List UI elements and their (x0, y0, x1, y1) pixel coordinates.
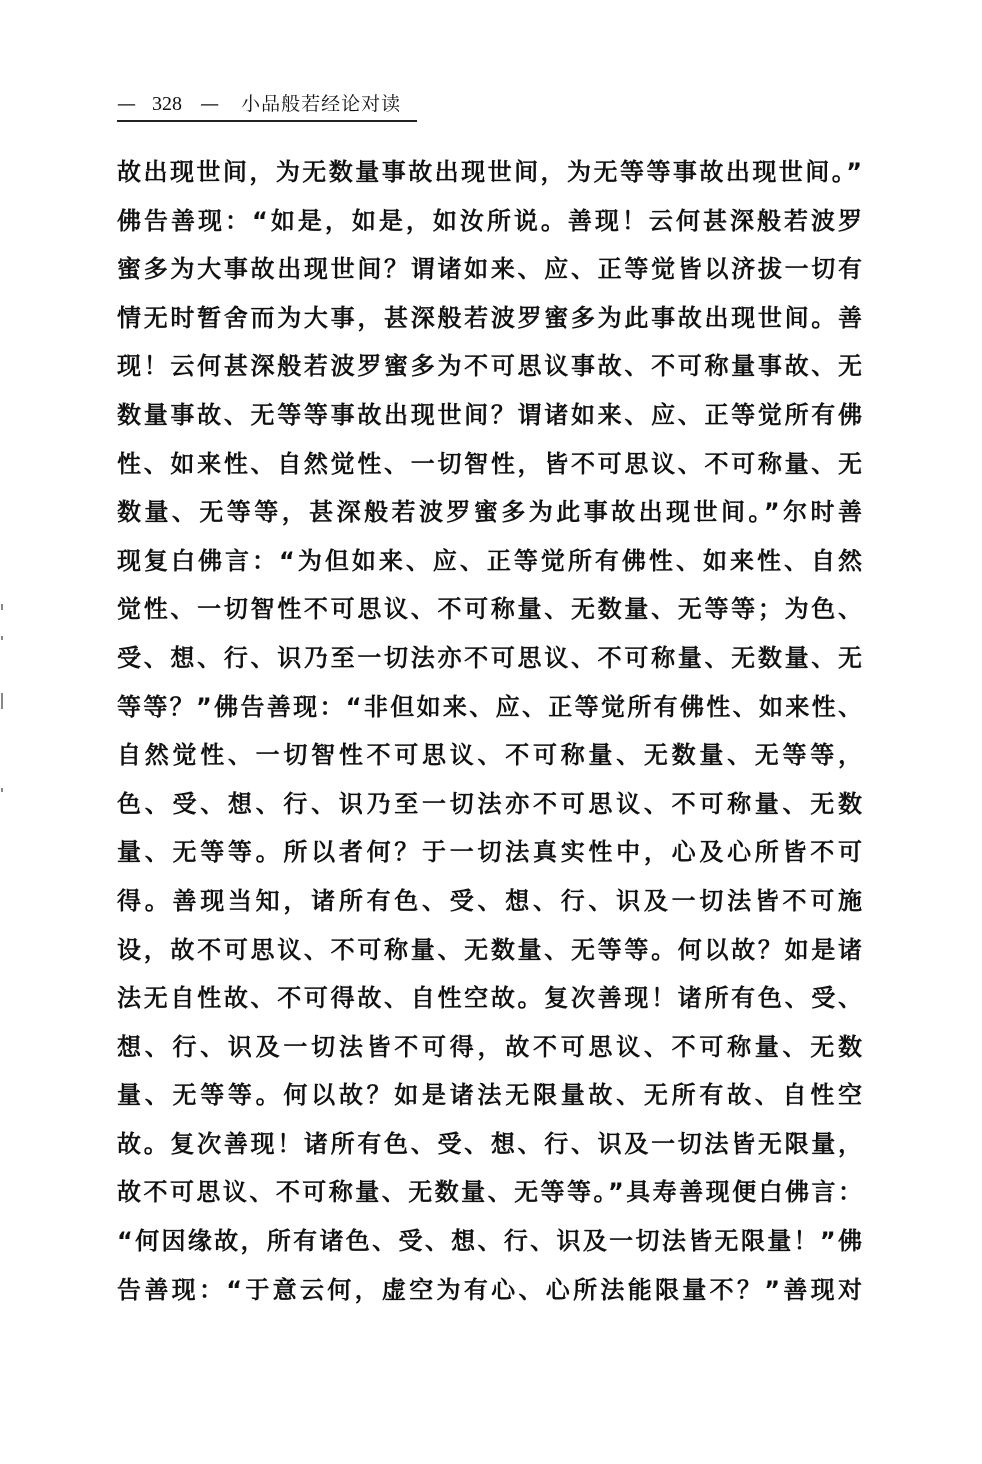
header-dash-left: — (117, 88, 136, 120)
text-line: 得。善现当知，诸所有色、受、想、行、识及一切法皆不可施 (117, 877, 862, 926)
text-line: 故。复次善现！诸所有色、受、想、行、识及一切法皆无限量， (117, 1120, 862, 1169)
text-line: 等等？”佛告善现：“非但如来、应、正等觉所有佛性、如来性、 (117, 683, 862, 732)
text-line: 想、行、识及一切法皆不可得，故不可思议、不可称量、无数 (117, 1023, 862, 1072)
text-line: 蜜多为大事故出现世间？谓诸如来、应、正等觉皆以济拔一切有 (117, 245, 862, 294)
page-header: — 328 — 小品般若经论对读 (117, 88, 417, 122)
text-line: 数量、无等等，甚深般若波罗蜜多为此事故出现世间。”尔时善 (117, 488, 862, 537)
text-line: 性、如来性、自然觉性、一切智性，皆不可思议、不可称量、无 (117, 440, 862, 489)
text-line: 现复白佛言：“为但如来、应、正等觉所有佛性、如来性、自然 (117, 537, 862, 586)
text-line: 佛告善现：“如是，如是，如汝所说。善现！云何甚深般若波罗 (117, 197, 862, 246)
text-line: 告善现：“于意云何，虚空为有心、心所法能限量不？”善现对 (117, 1266, 862, 1315)
scan-margin-mark (1, 636, 3, 640)
scan-margin-mark (1, 788, 3, 792)
text-line: 设，故不可思议、不可称量、无数量、无等等。何以故？如是诸 (117, 926, 862, 975)
text-line: 法无自性故、不可得故、自性空故。复次善现！诸所有色、受、 (117, 974, 862, 1023)
text-line: 量、无等等。何以故？如是诸法无限量故、无所有故、自性空 (117, 1071, 862, 1120)
text-line: 数量事故、无等等事故出现世间？谓诸如来、应、正等觉所有佛 (117, 391, 862, 440)
text-line: 量、无等等。所以者何？于一切法真实性中，心及心所皆不可 (117, 828, 862, 877)
text-line: 故出现世间，为无数量事故出现世间，为无等等事故出现世间。” (117, 148, 862, 197)
text-line: 自然觉性、一切智性不可思议、不可称量、无数量、无等等， (117, 731, 862, 780)
text-line: 受、想、行、识乃至一切法亦不可思议、不可称量、无数量、无 (117, 634, 862, 683)
text-line: “何因缘故，所有诸色、受、想、行、识及一切法皆无限量！”佛 (117, 1217, 862, 1266)
text-line: 故不可思议、不可称量、无数量、无等等。”具寿善现便白佛言： (117, 1168, 862, 1217)
page-number: 328 (152, 93, 182, 115)
text-line: 现！云何甚深般若波罗蜜多为不可思议事故、不可称量事故、无 (117, 342, 862, 391)
book-title: 小品般若经论对读 (241, 93, 401, 115)
text-line: 色、受、想、行、识乃至一切法亦不可思议、不可称量、无数 (117, 780, 862, 829)
header-dash-right: — (200, 88, 219, 120)
scan-margin-mark (1, 604, 3, 610)
body-text: 故出现世间，为无数量事故出现世间，为无等等事故出现世间。” 佛告善现：“如是，如… (117, 148, 862, 1314)
text-line: 觉性、一切智性不可思议、不可称量、无数量、无等等；为色、 (117, 585, 862, 634)
scan-margin-mark (1, 693, 3, 709)
text-line: 情无时暂舍而为大事，甚深般若波罗蜜多为此事故出现世间。善 (117, 294, 862, 343)
